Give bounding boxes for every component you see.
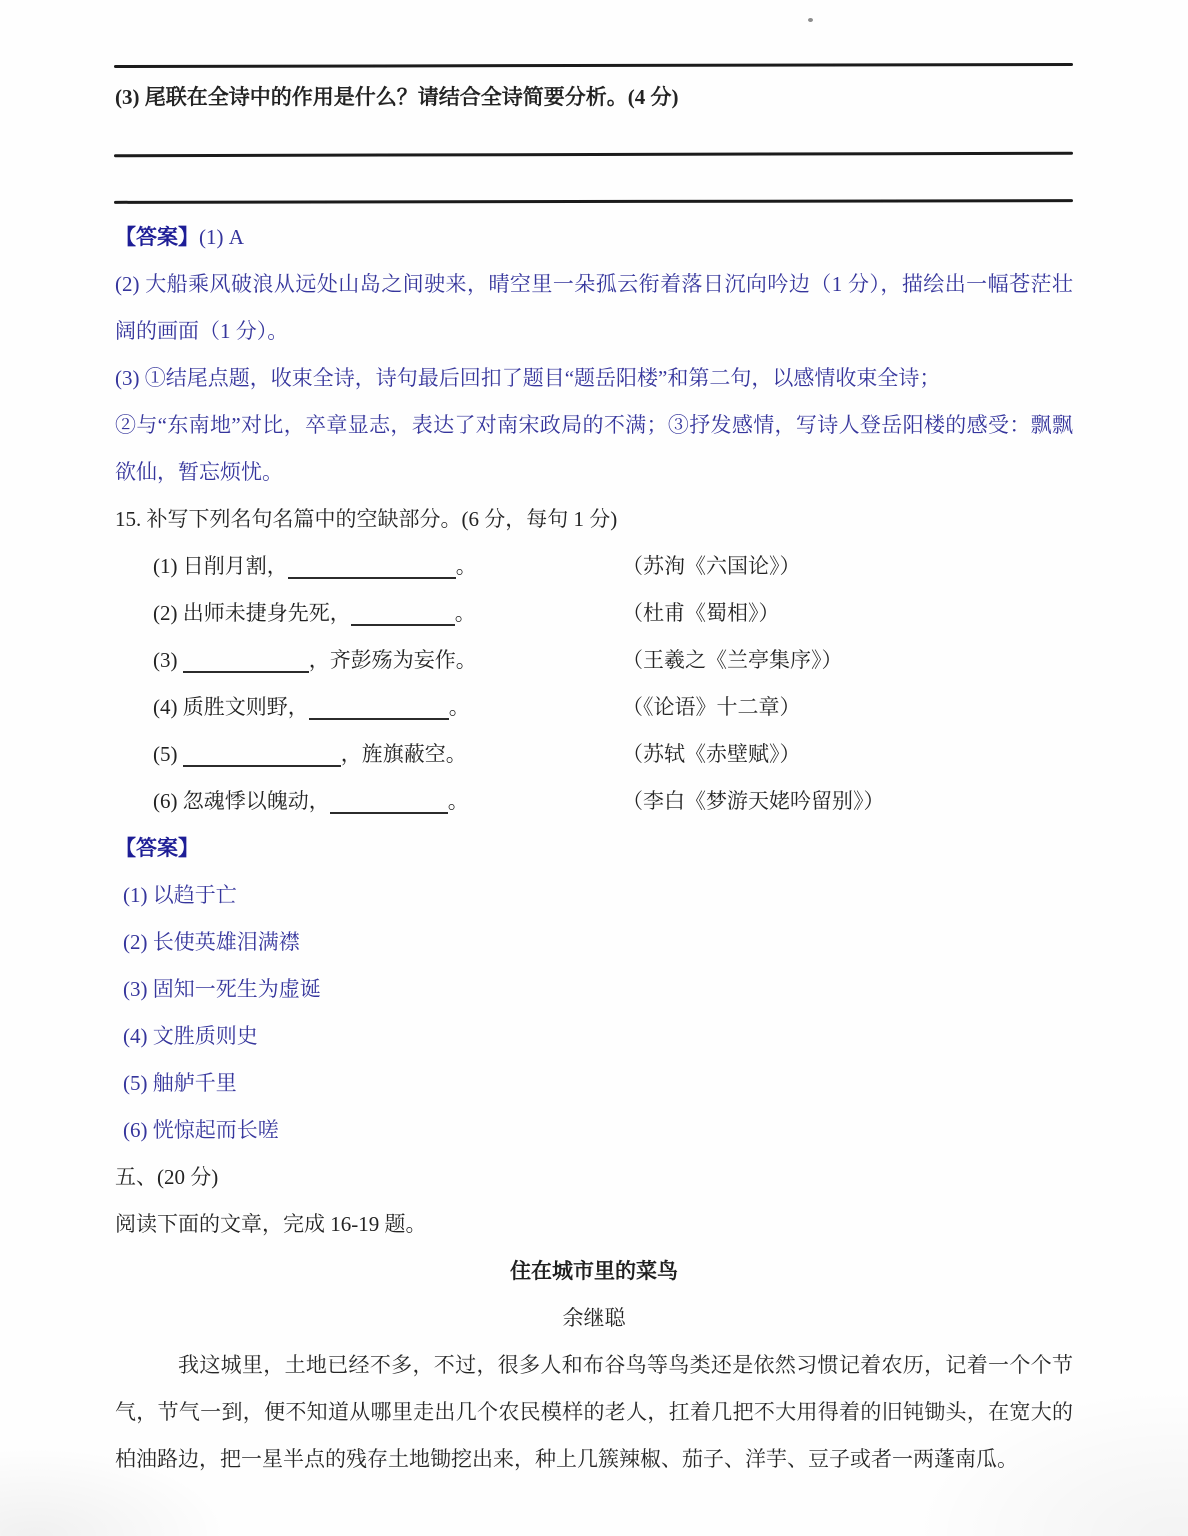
q15-item-1-post: 。 bbox=[456, 554, 477, 578]
q15-item-2-text: (2) 出师未捷身先死， bbox=[153, 601, 351, 625]
q15-item-3-post: ，齐彭殇为妄作。 bbox=[309, 648, 477, 672]
q15-item-3-source: （王羲之《兰亭集序》） bbox=[622, 637, 843, 684]
answer-label: 【答案】 bbox=[115, 225, 199, 249]
answer-rule-line-3 bbox=[114, 199, 1073, 204]
answer-block-2-head: 【答案】 bbox=[115, 825, 1073, 872]
q15-item-1-text: (1) 日削月割， bbox=[153, 554, 288, 578]
q15-answer-6: (6) 恍惊起而长嗟 bbox=[115, 1107, 1073, 1154]
scan-shadow-bottom-right bbox=[908, 1386, 1188, 1536]
q15-item-6-text: (6) 忽魂悸以魄动， bbox=[153, 789, 330, 813]
q15-item-2-source: （杜甫《蜀相》） bbox=[622, 590, 780, 637]
q15-item-1: (1) 日削月割，。 （苏洵《六国论》） bbox=[115, 543, 1073, 590]
q15-item-5-text: (5) bbox=[153, 742, 183, 766]
scan-shadow-bottom-left bbox=[0, 1446, 230, 1536]
q15-answer-2: (2) 长使英雄泪满襟 bbox=[115, 919, 1073, 966]
q15-item-4-text: (4) 质胜文则野， bbox=[153, 695, 309, 719]
scanned-exam-page: (3) 尾联在全诗中的作用是什么？请结合全诗简要分析。(4 分) 【答案】(1)… bbox=[0, 0, 1188, 1536]
answer-block-1-head: 【答案】(1) A bbox=[115, 214, 1073, 261]
q15-item-5-source: （苏轼《赤壁赋》） bbox=[622, 731, 801, 778]
q15-item-3: (3) ，齐彭殇为妄作。 （王羲之《兰亭集序》） bbox=[115, 637, 1073, 684]
answer-item-1: (1) A bbox=[199, 225, 244, 249]
q15-item-4-post: 。 bbox=[449, 695, 470, 719]
q15-item-2: (2) 出师未捷身先死，。 （杜甫《蜀相》） bbox=[115, 590, 1073, 637]
fill-in-blank-4 bbox=[309, 706, 449, 720]
answer-item-3-part-2: ②与“东南地”对比，卒章显志，表达了对南宋政局的不满；③抒发感情，写诗人登岳阳楼… bbox=[115, 402, 1073, 496]
q15-item-5-post: ，旌旗蔽空。 bbox=[341, 742, 467, 766]
essay-author: 余继聪 bbox=[115, 1295, 1073, 1342]
q15-item-6-source: （李白《梦游天姥吟留别》） bbox=[622, 778, 885, 825]
scan-dot-artifact bbox=[808, 18, 813, 22]
answer-item-3-part-1: (3) ①结尾点题，收束全诗，诗句最后回扣了题目“题岳阳楼”和第二句，以感情收束… bbox=[115, 355, 1073, 402]
q15-answer-3: (3) 固知一死生为虚诞 bbox=[115, 966, 1073, 1013]
q15-item-4-source: （《论语》十二章） bbox=[622, 684, 801, 731]
fill-in-blank-5 bbox=[183, 753, 341, 767]
fill-in-blank-3 bbox=[183, 659, 309, 673]
essay-title: 住在城市里的菜鸟 bbox=[115, 1248, 1073, 1295]
question-3-text: (3) 尾联在全诗中的作用是什么？请结合全诗简要分析。(4 分) bbox=[115, 74, 1073, 121]
fill-in-blank-1 bbox=[288, 565, 456, 579]
q15-item-6-post: 。 bbox=[448, 789, 469, 813]
document-body: 【答案】(1) A (2) 大船乘风破浪从远处山岛之间驶来，晴空里一朵孤云衔着落… bbox=[115, 214, 1073, 1483]
answer-rule-line-1 bbox=[114, 63, 1073, 68]
q15-item-5: (5) ，旌旗蔽空。 （苏轼《赤壁赋》） bbox=[115, 731, 1073, 778]
question-15-stem: 15. 补写下列名句名篇中的空缺部分。(6 分，每句 1 分) bbox=[115, 496, 1073, 543]
section-5-instruction: 阅读下面的文章，完成 16-19 题。 bbox=[115, 1201, 1073, 1248]
fill-in-blank-2 bbox=[351, 612, 455, 626]
q15-item-4: (4) 质胜文则野，。 （《论语》十二章） bbox=[115, 684, 1073, 731]
fill-in-blank-6 bbox=[330, 800, 448, 814]
answer-rule-line-2 bbox=[114, 152, 1073, 158]
q15-answer-1: (1) 以趋于亡 bbox=[115, 872, 1073, 919]
answer-item-2: (2) 大船乘风破浪从远处山岛之间驶来，晴空里一朵孤云衔着落日沉向吟边（1 分）… bbox=[115, 261, 1073, 355]
q15-answer-5: (5) 舳舻千里 bbox=[115, 1060, 1073, 1107]
q15-item-1-source: （苏洵《六国论》） bbox=[622, 543, 801, 590]
q15-item-6: (6) 忽魂悸以魄动，。 （李白《梦游天姥吟留别》） bbox=[115, 778, 1073, 825]
q15-item-3-text: (3) bbox=[153, 648, 183, 672]
q15-item-2-post: 。 bbox=[455, 601, 476, 625]
section-5-heading: 五、(20 分) bbox=[115, 1154, 1073, 1201]
answer-label-2: 【答案】 bbox=[115, 836, 199, 860]
q15-answer-4: (4) 文胜质则史 bbox=[115, 1013, 1073, 1060]
